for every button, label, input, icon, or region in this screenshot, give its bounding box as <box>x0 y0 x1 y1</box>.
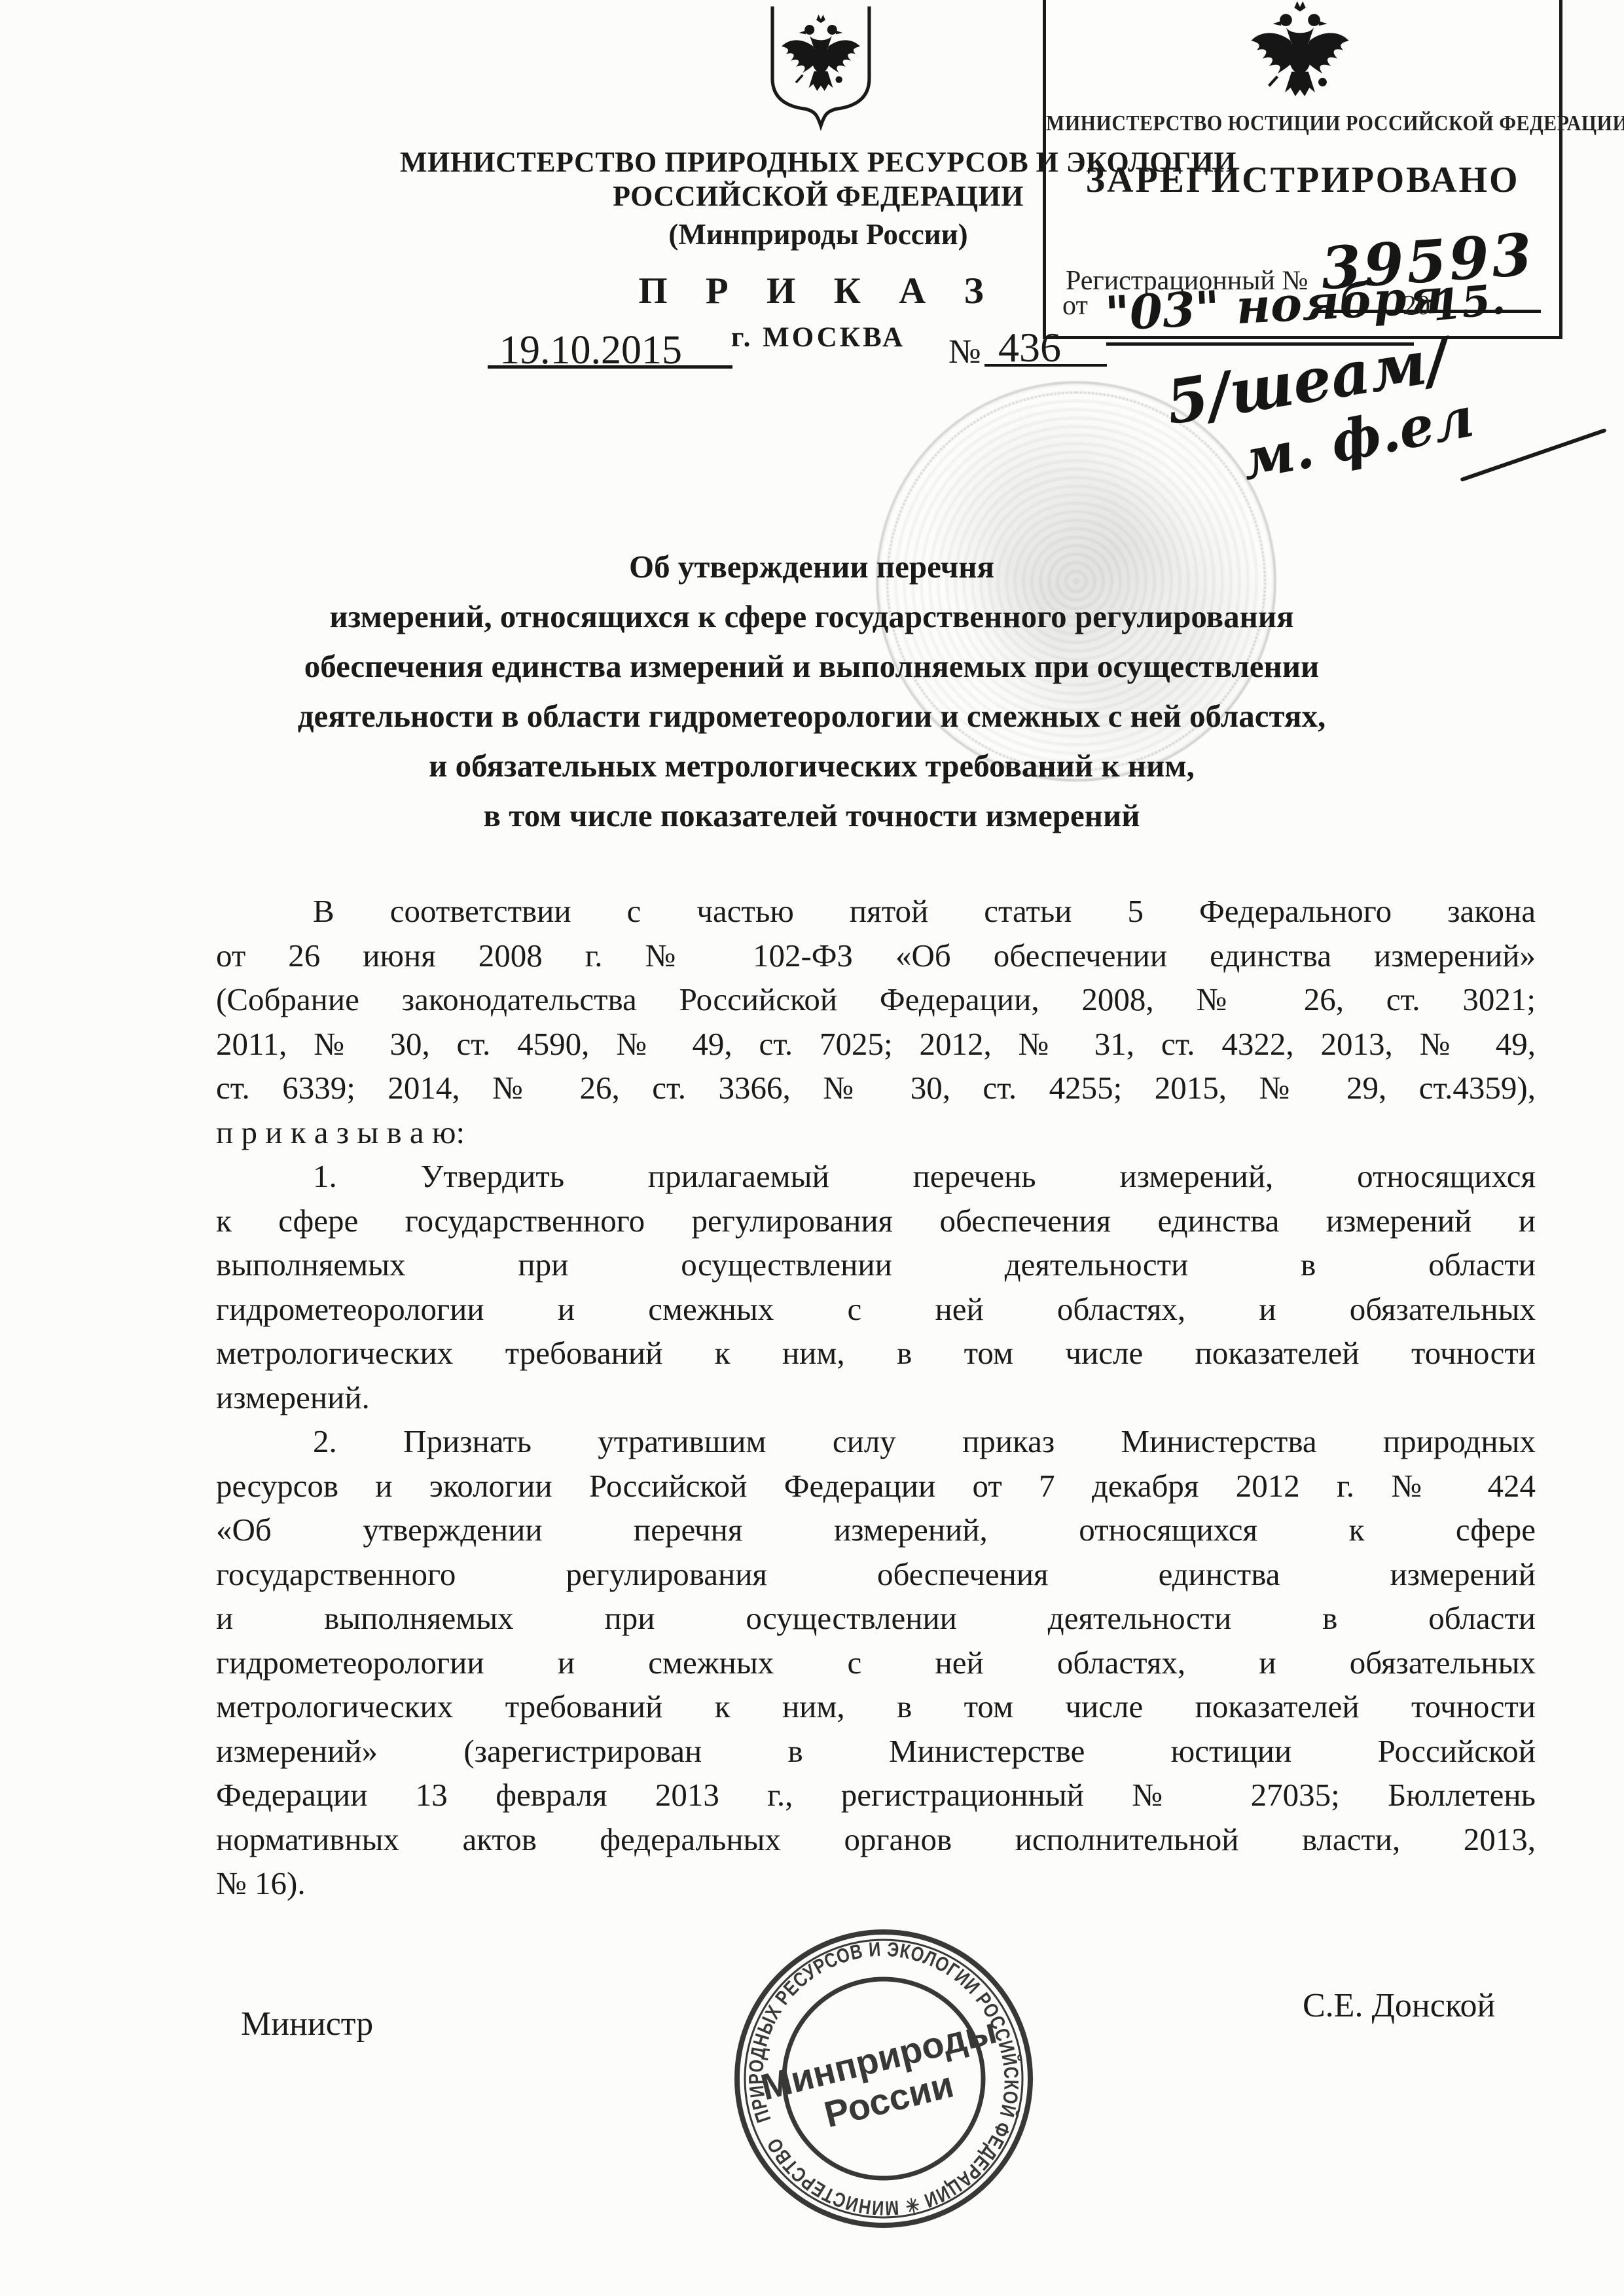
body-line: № 16). <box>216 1861 1536 1906</box>
document-body: В соответствии с частью пятой статьи 5 Ф… <box>216 889 1536 1906</box>
document-date-underline <box>488 365 732 369</box>
body-line: от 26 июня 2008 г. № 102-ФЗ «Об обеспече… <box>216 934 1536 978</box>
document-type: П Р И К А З <box>281 271 1355 312</box>
title-line: Об утверждении перечня <box>223 542 1401 592</box>
body-line: и выполняемых при осуществлении деятельн… <box>216 1596 1536 1641</box>
body-line: гидрометеорологии и смежных с ней област… <box>216 1287 1536 1332</box>
double-headed-eagle-icon <box>782 14 860 90</box>
body-line: выполняемых при осуществлении деятельнос… <box>216 1243 1536 1287</box>
ministry-short-name: (Минприроды России) <box>281 216 1355 253</box>
signer-name: С.Е. Донской <box>1303 1986 1495 2025</box>
document-page: МИНИСТЕРСТВО ЮСТИЦИИ РОССИЙСКОЙ ФЕДЕРАЦИ… <box>0 0 1624 2296</box>
body-line: «Об утверждении перечня измерений, относ… <box>216 1508 1536 1552</box>
body-line: В соответствии с частью пятой статьи 5 Ф… <box>216 889 1536 934</box>
ministry-name-line1: МИНИСТЕРСТВО ПРИРОДНЫХ РЕСУРСОВ И ЭКОЛОГ… <box>281 145 1355 179</box>
body-line: (Собрание законодательства Российской Фе… <box>216 977 1536 1022</box>
minprirody-emblem-icon <box>765 4 877 144</box>
body-line: метрологических требований к ним, в том … <box>216 1331 1536 1376</box>
title-line: измерений, относящихся к сфере государст… <box>223 592 1401 642</box>
document-number-label: № <box>948 333 981 371</box>
body-line: метрологических требований к ним, в том … <box>216 1685 1536 1729</box>
body-line: Федерации 13 февраля 2013 г., регистраци… <box>216 1773 1536 1817</box>
title-line: обеспечения единства измерений и выполня… <box>223 642 1401 691</box>
city-label: г. МОСКВА <box>281 322 1355 354</box>
title-line: в том числе показателей точности измерен… <box>223 791 1401 841</box>
year-printed: 20 <box>1403 290 1430 321</box>
ministry-name-line2: РОССИЙСКОЙ ФЕДЕРАЦИИ <box>281 179 1355 213</box>
body-line: государственного регулирования обеспечен… <box>216 1552 1536 1597</box>
body-line: нормативных актов федеральных органов ис… <box>216 1817 1536 1862</box>
body-line: 2. Признать утратившим силу приказ Минис… <box>216 1419 1536 1464</box>
body-line: к сфере государственного регулирования о… <box>216 1199 1536 1243</box>
body-line: ресурсов и экологии Российской Федерации… <box>216 1464 1536 1508</box>
justice-ministry-label: МИНИСТЕРСТВО ЮСТИЦИИ РОССИЙСКОЙ ФЕДЕРАЦИ… <box>1046 111 1559 136</box>
title-line: деятельности в области гидрометеорологии… <box>223 691 1401 741</box>
title-line: и обязательных метрологических требовани… <box>223 741 1401 791</box>
body-line: ст. 6339; 2014, № 26, ст. 3366, № 30, ст… <box>216 1066 1536 1110</box>
minprirody-round-seal: ПРИРОДНЫХ РЕСУРСОВ И ЭКОЛОГИИ РОССИЙСКОЙ… <box>733 1928 1034 2229</box>
body-line: 1. Утвердить прилагаемый перечень измере… <box>216 1154 1536 1199</box>
double-headed-eagle-icon <box>1228 0 1372 103</box>
body-line: гидрометеорологии и смежных с ней област… <box>216 1641 1536 1685</box>
signer-position: Министр <box>241 2005 373 2043</box>
document-title: Об утверждении перечня измерений, относя… <box>223 542 1401 841</box>
letterhead: МИНИСТЕРСТВО ПРИРОДНЫХ РЕСУРСОВ И ЭКОЛОГ… <box>281 145 1355 354</box>
year-handwritten: 15. <box>1430 274 1507 331</box>
body-line: измерений. <box>216 1376 1536 1420</box>
document-number-underline <box>984 364 1107 367</box>
body-line: п р и к а з ы в а ю: <box>216 1110 1536 1155</box>
body-line: измерений» (зарегистрирован в Министерст… <box>216 1729 1536 1774</box>
body-line: 2011, № 30, ст. 4590, № 49, ст. 7025; 20… <box>216 1022 1536 1066</box>
signature-stroke <box>1460 428 1606 482</box>
